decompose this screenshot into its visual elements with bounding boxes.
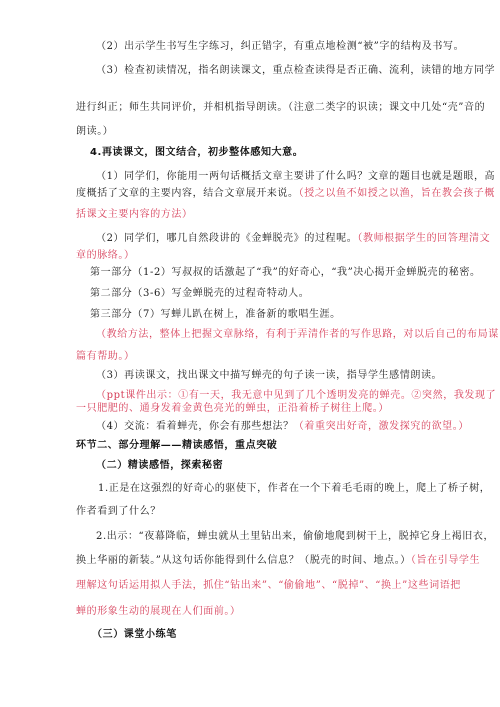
heading-text: 4.再读课文，图文结合，初步整体感知大意。	[90, 147, 303, 158]
line-12: 第二部分（3-6）写金蝉脱壳的过程奇特动人。	[90, 289, 462, 299]
text-run: （3）检查初读情况，指名朗读课文，重点检查读得是否正确、流利，读错的地方同学	[96, 65, 495, 76]
heading-text: 环节二、部分理解——精读感悟，重点突破	[76, 440, 277, 451]
line-11: 第一部分（1-2）写叔叔的话激起了“我”的好奇心，“我”决心揭开金蝉脱壳的秘密。	[90, 268, 462, 278]
text-run: （3）再读课文，找出课文中描写蝉壳的句子读一读，指导学生感情朗读。	[96, 370, 442, 381]
annotation-text: （授之以鱼不如授之以渔，旨在教会孩子概	[299, 188, 495, 199]
text-run: 作者看到了什么？	[76, 506, 161, 517]
text-run: 换上华丽的新装。”从这句话你能得到什么信息？（脱壳的时间、地点。）	[76, 555, 411, 566]
text-run: 第一部分（1-2）写叔叔的话激起了“我”的好奇心，“我”决心揭开金蝉脱壳的秘密。	[90, 267, 481, 278]
heading-text: （二）精读感悟，探索秘密	[96, 460, 223, 471]
text-run: 朗读。）	[76, 126, 113, 137]
annotation-text: （旨在引导学生	[411, 555, 480, 566]
subheading-3: （三）课堂小练笔	[92, 630, 462, 640]
line-19: （4）交流：看着蝉壳，你会有那些想法？（着重突出好奇，激发探究的欲望。）	[96, 422, 462, 432]
line-13: 第三部分（7）写蝉儿趴在树上，准备新的歌唱生涯。	[90, 310, 462, 320]
annotation-text: （着重突出好奇，激发探究的欲望。）	[294, 421, 469, 432]
annotation-text: 篇有帮助。）	[76, 351, 135, 362]
section-heading-4: 4.再读课文，图文结合，初步整体感知大意。	[90, 148, 462, 158]
text-run: （2）出示学生书写生字练习，纠正错字，有重点地检测“被”字的结构及书写。	[96, 41, 464, 52]
line-6: （1）同学们，你能用一两句话概括文章主要讲了什么吗？文章的题目也就是题眼，高	[96, 172, 462, 182]
line-16: （3）再读课文，找出课文中描写蝉壳的句子读一读，指导学生感情朗读。	[96, 371, 462, 381]
text-run: 2.出示：“夜幕降临，蝉虫就从土里钻出来，偷偷地爬到树干上，脱掉它身上褐旧衣，	[96, 531, 494, 542]
annotation-text: 一只肥肥的、通身发着金黄色亮光的蝉虫，正沿着桥子树往上爬。）	[76, 403, 389, 414]
line-9: （2）同学们，哪几自然段讲的《金蝉脱壳》的过程呢。（教师根据学生的回答理清文	[96, 234, 462, 244]
annotation-text: 章的脉络。）	[76, 250, 135, 261]
annotation-text: 括课文主要内容的方法）	[76, 209, 193, 220]
line-1: （2）出示学生书写生字练习，纠正错字，有重点地检测“被”字的结构及书写。	[96, 42, 462, 52]
line-26: 理解这句话运用拟人手法，抓住“钻出来”、“偷偷地”、“脱掉”、“换上”这些词语把	[76, 581, 462, 591]
line-3: 进行纠正；师生共同评价，并相机指导朗读。（注意二类字的识读；课文中几处“壳”音的	[76, 103, 462, 113]
line-17: （ppt课件出示：①有一天，我无意中见到了几个透明发亮的蝉壳。②突然，我发现了	[96, 391, 462, 401]
line-14: （教给方法，整体上把握文章脉络，有利于弄清作者的写作思路，对以后自己的布局谋	[96, 330, 462, 340]
line-18: 一只肥肥的、通身发着金黄色亮光的蝉虫，正沿着桥子树往上爬。）	[76, 404, 462, 414]
text-run: 度概括了文章的主要内容，结合文章展开来说。	[76, 188, 299, 199]
text-run: 进行纠正；师生共同评价，并相机指导朗读。（注意二类字的识读；课文中几处“壳”音的	[76, 102, 485, 113]
heading-text: （三）课堂小练笔	[92, 629, 177, 640]
line-8: 括课文主要内容的方法）	[76, 210, 462, 220]
text-run: 第三部分（7）写蝉儿趴在树上，准备新的歌唱生涯。	[90, 309, 341, 320]
line-7: 度概括了文章的主要内容，结合文章展开来说。（授之以鱼不如授之以渔，旨在教会孩子概	[76, 189, 462, 199]
line-27: 蝉的形象生动的展现在人们面前。）	[76, 607, 462, 617]
annotation-text: 理解这句话运用拟人手法，抓住“钻出来”、“偷偷地”、“脱掉”、“换上”这些词语把	[76, 580, 461, 591]
text-run: （2）同学们，哪几自然段讲的《金蝉脱壳》的过程呢。	[96, 233, 357, 244]
section-heading-part2: 环节二、部分理解——精读感悟，重点突破	[76, 441, 462, 451]
text-run: 1.正是在这强烈的好奇心的驱使下，作者在一个下着毛毛雨的晚上，爬上了桥子树，	[98, 483, 490, 494]
line-10: 章的脉络。）	[76, 251, 462, 261]
line-23: 作者看到了什么？	[76, 507, 462, 517]
line-24: 2.出示：“夜幕降临，蝉虫就从土里钻出来，偷偷地爬到树干上，脱掉它身上褐旧衣，	[96, 532, 462, 542]
line-2: （3）检查初读情况，指名朗读课文，重点检查读得是否正确、流利，读错的地方同学	[96, 66, 462, 76]
annotation-text: （教给方法，整体上把握文章脉络，有利于弄清作者的写作思路，对以后自己的布局谋	[96, 329, 499, 340]
annotation-text: 蝉的形象生动的展现在人们面前。）	[76, 606, 241, 617]
line-4: 朗读。）	[76, 127, 462, 137]
subheading-2: （二）精读感悟，探索秘密	[96, 461, 462, 471]
line-25: 换上华丽的新装。”从这句话你能得到什么信息？（脱壳的时间、地点。）（旨在引导学生	[76, 556, 462, 566]
text-run: （1）同学们，你能用一两句话概括文章主要讲了什么吗？文章的题目也就是题眼，高	[96, 171, 495, 182]
text-run: （4）交流：看着蝉壳，你会有那些想法？	[96, 421, 294, 432]
line-22: 1.正是在这强烈的好奇心的驱使下，作者在一个下着毛毛雨的晚上，爬上了桥子树，	[98, 484, 462, 494]
text-run: 第二部分（3-6）写金蝉脱壳的过程奇特动人。	[90, 288, 309, 299]
line-15: 篇有帮助。）	[76, 352, 462, 362]
annotation-text: （教师根据学生的回答理清文	[357, 233, 490, 244]
annotation-text: （ppt课件出示：①有一天，我无意中见到了几个透明发亮的蝉壳。②突然，我发现了	[96, 390, 496, 401]
document-page: （2）出示学生书写生字练习，纠正错字，有重点地检测“被”字的结构及书写。 （3）…	[0, 0, 500, 707]
